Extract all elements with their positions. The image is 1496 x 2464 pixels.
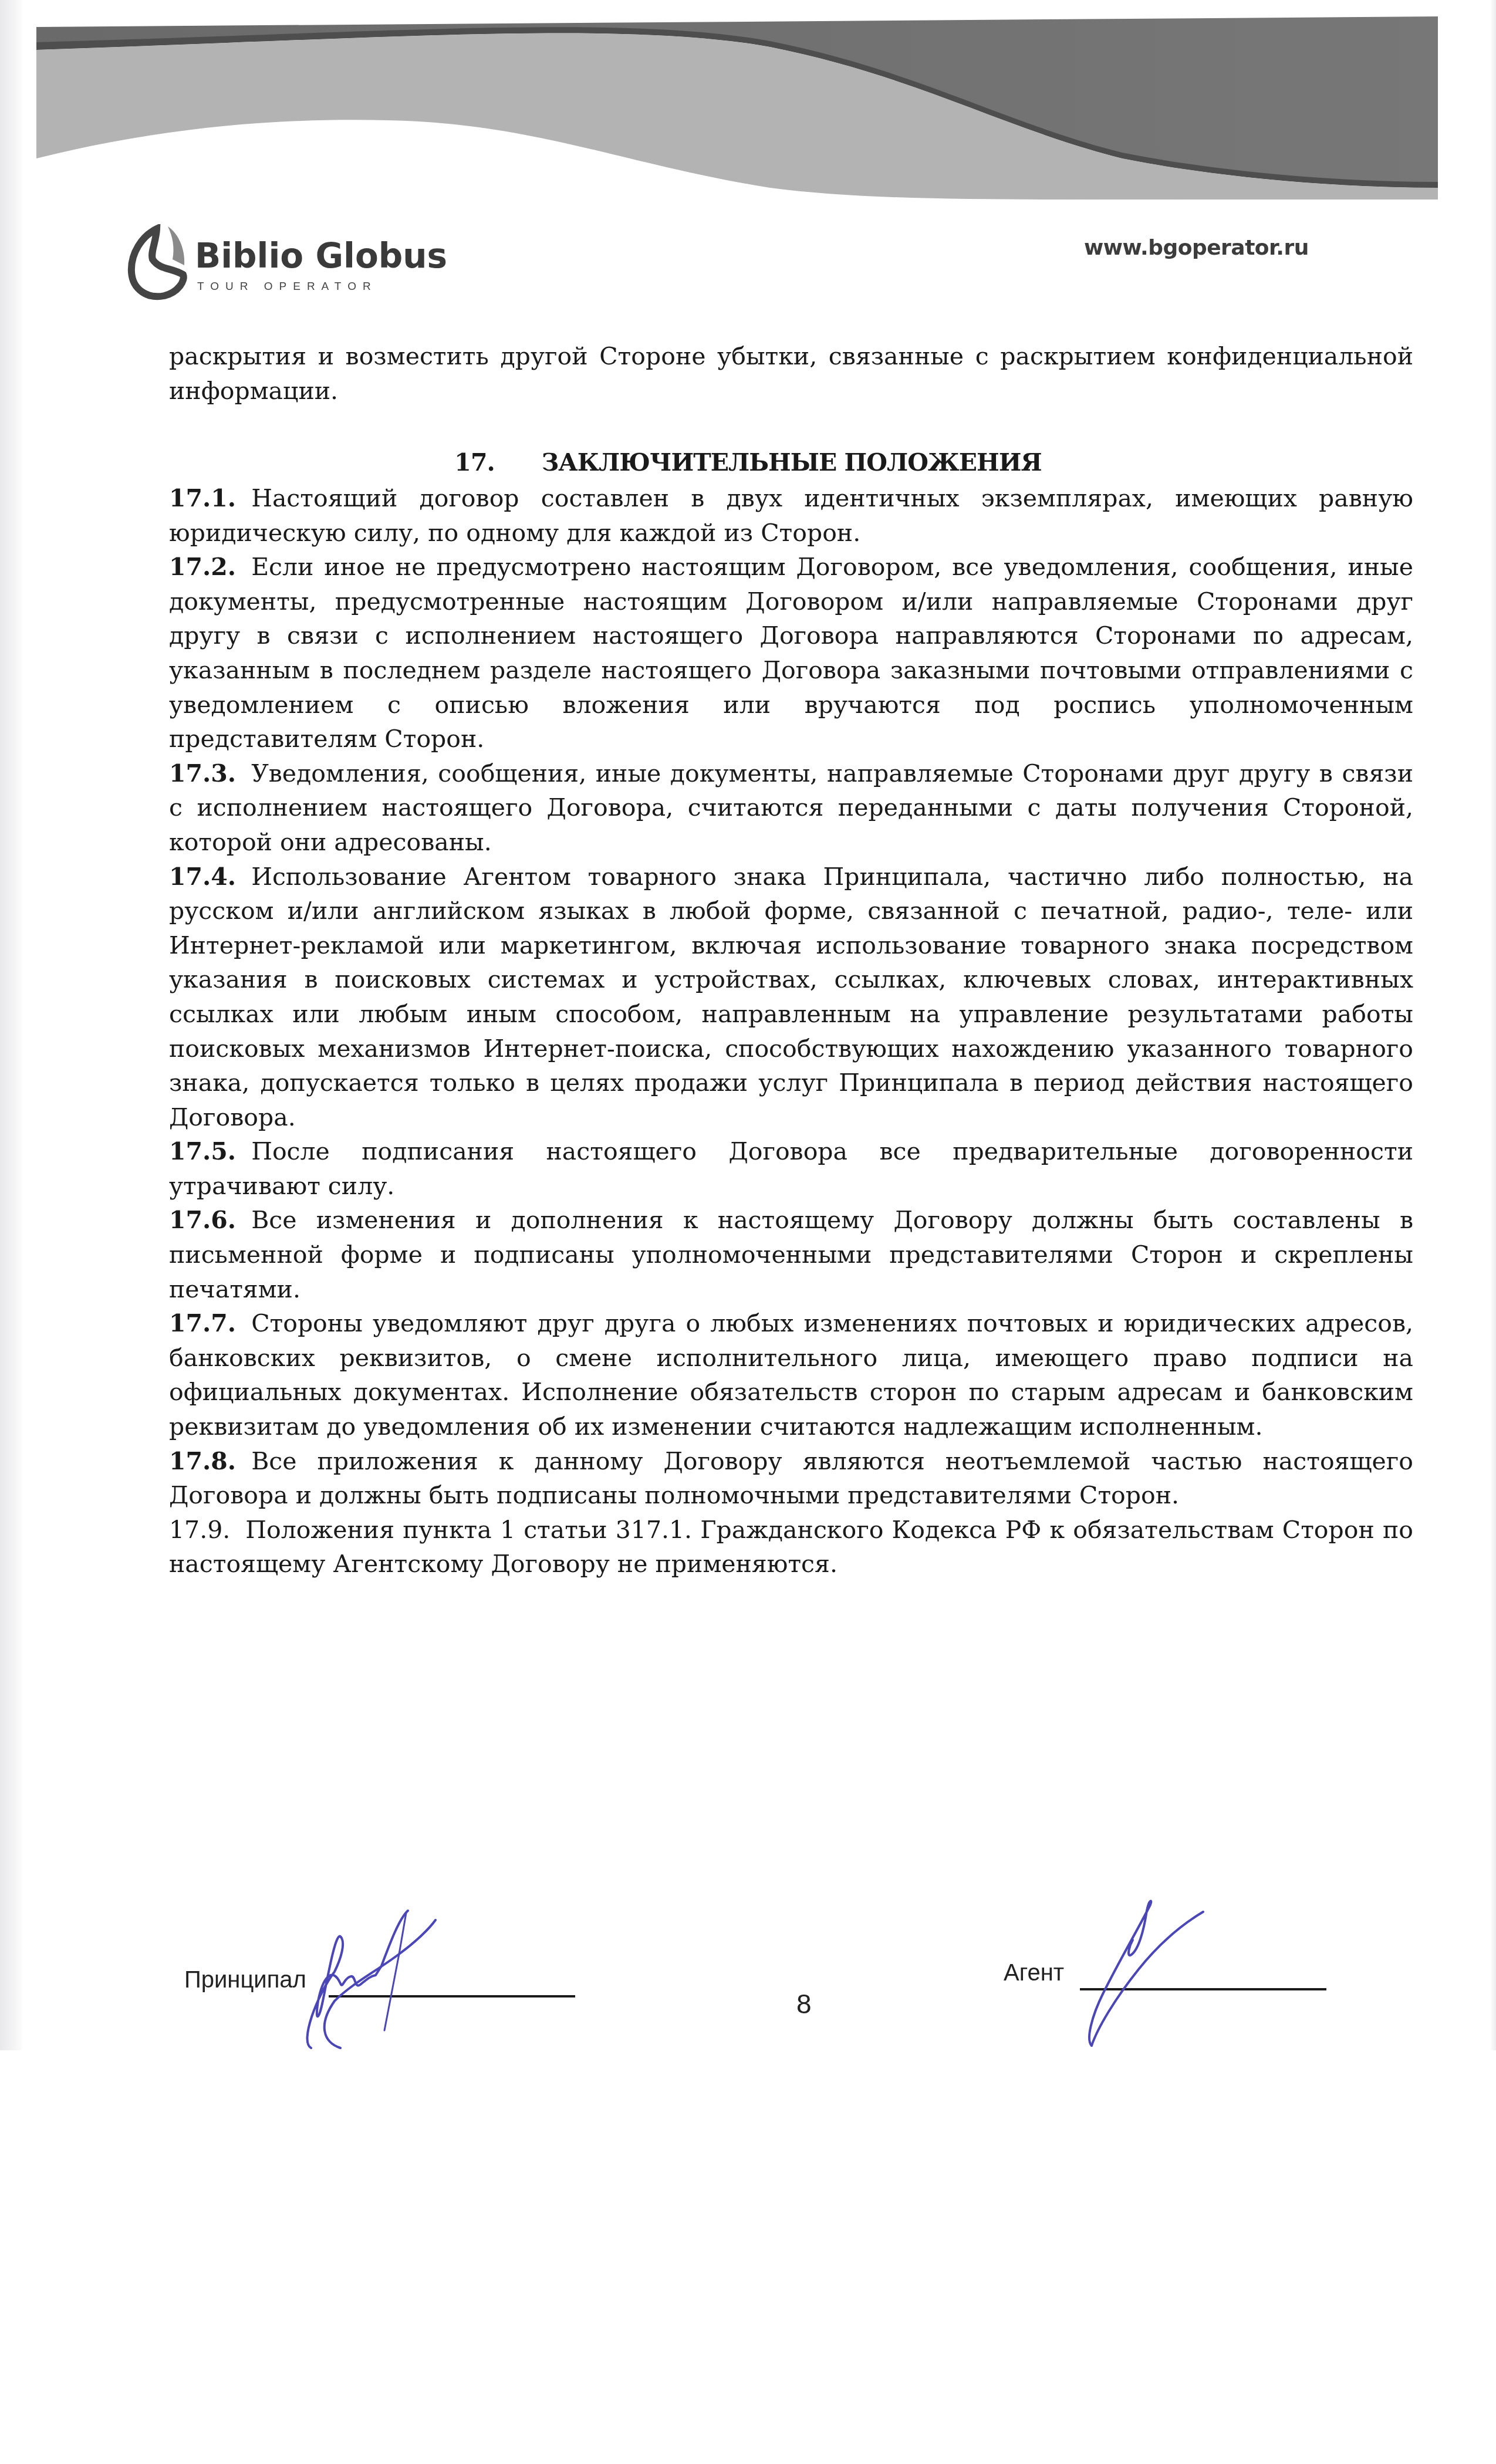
principal-signature-icon [282, 1907, 470, 2054]
clause-text: Если иное не предусмотрено настоящим Дог… [169, 553, 1413, 753]
clause-17-3: 17.3.Уведомления, сообщения, иные докуме… [169, 756, 1413, 860]
clause-number: 17.8. [169, 1447, 236, 1475]
clause-number: 17.4. [169, 863, 236, 891]
clause-17-7: 17.7.Стороны уведомляют друг друга о люб… [169, 1306, 1413, 1444]
intro-text: раскрытия и возместить другой Стороне уб… [169, 339, 1413, 408]
scan-edge [1490, 0, 1496, 2050]
clause-number: 17.2. [169, 553, 236, 581]
clause-17-5: 17.5.После подписания настоящего Договор… [169, 1134, 1413, 1203]
agent-signature-icon [1080, 1899, 1256, 2051]
page-number: 8 [796, 1988, 812, 2020]
clause-17-1: 17.1.Настоящий договор составлен в двух … [169, 481, 1413, 550]
brand-logo: Biblio Globus TOUR OPERATOR [124, 224, 477, 300]
clause-number: 17.9. [169, 1516, 230, 1544]
clause-text: Стороны уведомляют друг друга о любых из… [169, 1309, 1413, 1441]
section-title: ЗАКЛЮЧИТЕЛЬНЫЕ ПОЛОЖЕНИЯ [542, 448, 1042, 476]
scan-edge [0, 0, 23, 2050]
clause-number: 17.7. [169, 1309, 236, 1337]
clause-text: Использование Агентом товарного знака Пр… [169, 863, 1413, 1131]
clause-17-8: 17.8.Все приложения к данному Договору я… [169, 1444, 1413, 1513]
agent-label: Агент [1004, 1960, 1064, 1986]
clause-number: 17.5. [169, 1137, 236, 1165]
clause-17-2: 17.2.Если иное не предусмотрено настоящи… [169, 550, 1413, 756]
section-heading: 17.ЗАКЛЮЧИТЕЛЬНЫЕ ПОЛОЖЕНИЯ [0, 448, 1496, 476]
clause-text: Все приложения к данному Договору являют… [169, 1447, 1413, 1510]
clause-17-6: 17.6.Все изменения и дополнения к настоя… [169, 1203, 1413, 1306]
brand-name: Biblio Globus [195, 236, 447, 276]
clause-text: Все изменения и дополнения к настоящему … [169, 1206, 1413, 1303]
clauses-list: 17.1.Настоящий договор составлен в двух … [169, 481, 1413, 1581]
clause-17-4: 17.4.Использование Агентом товарного зна… [169, 860, 1413, 1135]
intro-paragraph: раскрытия и возместить другой Стороне уб… [169, 339, 1413, 408]
clause-number: 17.1. [169, 484, 236, 512]
logo-mark-icon [124, 224, 195, 300]
clause-text: Настоящий договор составлен в двух идент… [169, 484, 1413, 547]
document-page: Biblio Globus TOUR OPERATOR www.bgoperat… [0, 0, 1496, 2050]
brand-tagline: TOUR OPERATOR [197, 280, 377, 293]
website-url[interactable]: www.bgoperator.ru [1084, 236, 1309, 260]
clause-number: 17.6. [169, 1206, 236, 1234]
section-number: 17. [454, 448, 494, 476]
clause-text: Положения пункта 1 статьи 317.1. Граждан… [169, 1516, 1413, 1579]
header-wave-decoration [36, 12, 1438, 200]
clause-text: После подписания настоящего Договора все… [169, 1137, 1413, 1200]
clause-number: 17.3. [169, 759, 236, 787]
clause-17-9: 17.9.Положения пункта 1 статьи 317.1. Гр… [169, 1513, 1413, 1581]
clause-text: Уведомления, сообщения, иные документы, … [169, 759, 1413, 856]
